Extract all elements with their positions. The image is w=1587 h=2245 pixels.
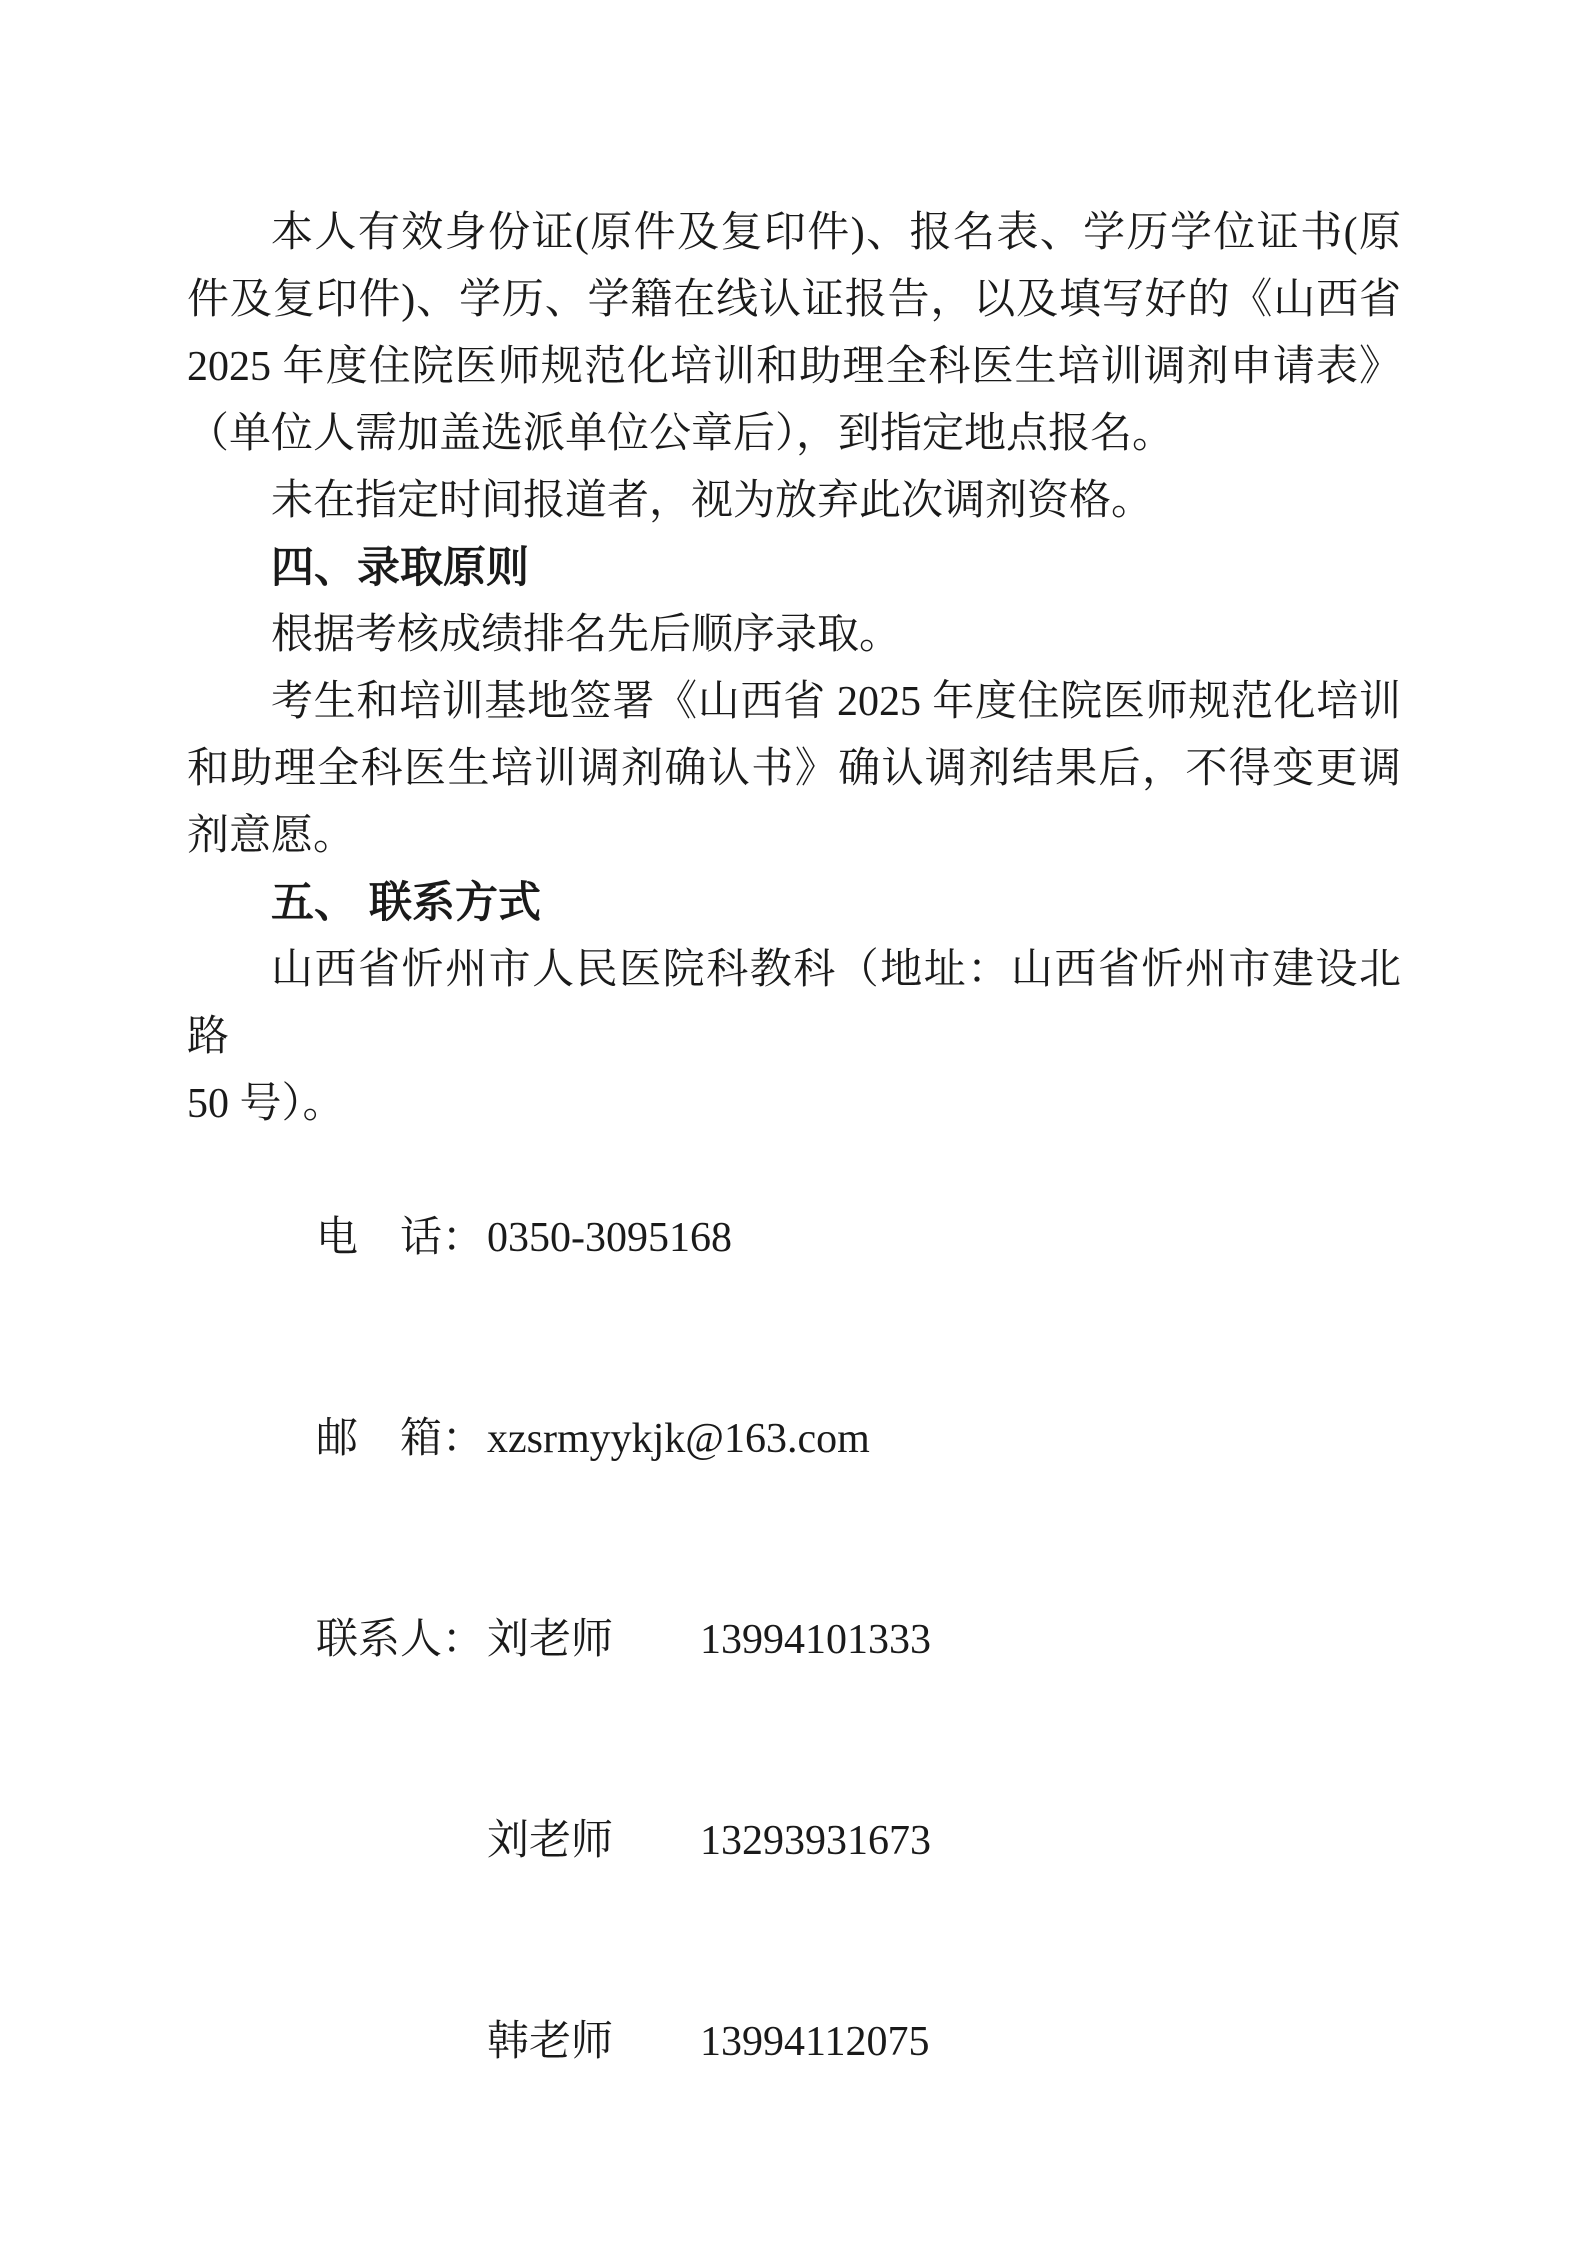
- contact-person-name: 刘老师: [487, 1808, 700, 1875]
- contact-person-phone: 13994112075: [700, 2019, 929, 2065]
- paragraph-no-show-forfeit: 未在指定时间报道者，视为放弃此次调剂资格。: [187, 468, 1401, 535]
- text-line: 和助理全科医生培训调剂确认书》确认调剂结果后，不得变更调: [187, 736, 1401, 803]
- text-line: 剂意愿。: [187, 803, 1401, 870]
- text-line: （单位人需加盖选派单位公章后），到指定地点报名。: [187, 401, 1401, 468]
- contact-phone-value: 0350-3095168: [487, 1215, 732, 1261]
- paragraph-required-materials: 本人有效身份证(原件及复印件)、报名表、学历学位证书(原 件及复印件)、学历、学…: [187, 200, 1401, 468]
- contact-person-phone: 13994101333: [700, 1617, 931, 1663]
- text-line: 考生和培训基地签署《山西省 2025 年度住院医师规范化培训: [187, 669, 1401, 736]
- section-heading-contact-info: 五、 联系方式: [187, 870, 1401, 937]
- contact-persons-label: 联系人：: [316, 1607, 487, 1674]
- paragraph-confirmation-agreement: 考生和培训基地签署《山西省 2025 年度住院医师规范化培训 和助理全科医生培训…: [187, 669, 1401, 870]
- contact-phone-label: 电 话：: [316, 1205, 487, 1272]
- text-line: 山西省忻州市人民医院科教科（地址：山西省忻州市建设北路: [187, 937, 1401, 1071]
- text-line: 2025 年度住院医师规范化培训和助理全科医生培训调剂申请表》: [187, 334, 1401, 401]
- text-line: 本人有效身份证(原件及复印件)、报名表、学历学位证书(原: [187, 200, 1401, 267]
- section-heading-admission-principle: 四、录取原则: [187, 535, 1401, 602]
- document-body: 本人有效身份证(原件及复印件)、报名表、学历学位证书(原 件及复印件)、学历、学…: [187, 200, 1401, 2143]
- contact-person-row: 韩老师13994112075: [253, 1942, 1401, 2143]
- document-page: 本人有效身份证(原件及复印件)、报名表、学历学位证书(原 件及复印件)、学历、学…: [0, 0, 1587, 2245]
- contact-email-value: xzsrmyykjk@163.com: [487, 1416, 870, 1462]
- text-line: 件及复印件)、学历、学籍在线认证报告，以及填写好的《山西省: [187, 267, 1401, 334]
- paragraph-ranking-rule: 根据考核成绩排名先后顺序录取。: [187, 602, 1401, 669]
- contact-person-phone: 13293931673: [700, 1818, 931, 1864]
- contact-phone-row: 电 话：0350-3095168: [253, 1138, 1401, 1339]
- contact-email-row: 邮 箱：xzsrmyykjk@163.com: [253, 1339, 1401, 1540]
- paragraph-address: 山西省忻州市人民医院科教科（地址：山西省忻州市建设北路 50 号）。: [187, 937, 1401, 1138]
- text-line: 50 号）。: [187, 1071, 1401, 1138]
- contact-person-row: 联系人：刘老师13994101333: [253, 1540, 1401, 1741]
- contact-person-name: 韩老师: [487, 2009, 700, 2076]
- contact-email-label: 邮 箱：: [316, 1406, 487, 1473]
- contact-person-row: 刘老师13293931673: [253, 1741, 1401, 1942]
- contact-person-name: 刘老师: [487, 1607, 700, 1674]
